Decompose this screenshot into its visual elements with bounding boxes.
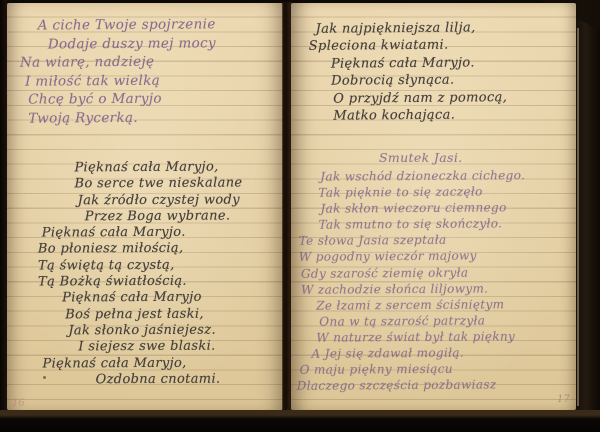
handwritten-line: Dobrocią słynąca. <box>331 71 507 90</box>
handwritten-line: W pogodny wieczór majowy <box>299 248 526 266</box>
handwritten-line: A ciche Twoje spojrzenie <box>38 15 216 35</box>
handwritten-line: Ze łzami z sercem ściśniętym <box>316 296 526 314</box>
handwritten-line: Przez Boga wybrane. <box>85 208 243 225</box>
right-dark-stanza: Jak najpiękniejsza lilja, Spleciona kwia… <box>309 19 508 125</box>
right-purple-stanza: Jak wschód dzioneczka cichego. Tak piękn… <box>295 167 527 394</box>
handwritten-line: Pięknaś cała Maryjo <box>62 290 243 307</box>
handwritten-line: Jak najpiękniejsza lilja, <box>316 19 507 38</box>
handwritten-line: Spleciona kwiatami. <box>309 37 507 56</box>
handwritten-line: Jak wschód dzioneczka cichego. <box>320 167 525 185</box>
poem-title: Smutek Jasi. <box>379 150 463 165</box>
handwritten-line: Jak słonko jaśniejesz. <box>68 322 243 339</box>
handwritten-line: Jak skłon wieczoru ciemnego <box>320 199 525 217</box>
handwritten-line: Boś pełna jest łaski, <box>65 306 243 323</box>
handwritten-line: Dlaczego szczęścia pozbawiasz <box>297 376 527 394</box>
handwritten-line: W zachodzie słońca liljowym. <box>301 280 526 298</box>
page-number-left: 16 <box>12 398 25 409</box>
photo-edge-left <box>0 0 7 432</box>
handwritten-line: Pięknaś cała Maryjo, <box>42 355 243 372</box>
handwritten-line: A Jej się zdawał mogiłą. <box>311 344 526 362</box>
handwritten-line: Ona w tą szarość patrzyła <box>319 312 526 330</box>
right-page: Jak najpiękniejsza lilja, Spleciona kwia… <box>291 3 576 410</box>
left-dark-stanza: Pięknaś cała Maryjo, Bo serce twe nieska… <box>37 159 243 388</box>
handwritten-line: Bo płoniesz miłością, <box>38 241 243 258</box>
handwritten-line: Matko kochająca. <box>333 106 507 125</box>
notebook-cover-edge <box>576 0 600 432</box>
handwritten-line: W naturze świat był tak piękny <box>316 328 526 346</box>
page-number-right: 17 <box>557 394 570 405</box>
handwritten-line: I siejesz swe blaski. <box>78 339 243 356</box>
notebook-photo: A ciche Twoje spojrzenie Dodaje duszy me… <box>0 0 600 432</box>
handwritten-line: Tak smutno to się skończyło. <box>319 215 526 233</box>
handwritten-line: Smutek Jasi. <box>379 150 463 165</box>
handwritten-line: Pięknaś cała Maryjo, <box>74 159 242 176</box>
handwritten-line: Jak źródło czystej wody <box>78 192 243 209</box>
handwritten-line: I miłość tak wielką <box>25 71 216 91</box>
left-page: A ciche Twoje spojrzenie Dodaje duszy me… <box>7 3 283 410</box>
handwritten-line: Gdy szarość ziemię okryła <box>301 264 526 282</box>
handwritten-line: Chcę być o Maryjo <box>28 90 216 110</box>
handwritten-line: Bo serce twe nieskalane <box>74 176 242 193</box>
handwritten-line: O maju piękny miesiącu <box>300 360 527 378</box>
handwritten-line: Pięknaś cała Maryjo. <box>42 225 243 242</box>
handwritten-line: Tą świętą tą czystą, <box>38 257 243 274</box>
handwritten-line: Na wiarę, nadzieję <box>20 53 216 73</box>
handwritten-line: Tą Bożką światłością. <box>38 274 243 291</box>
handwritten-line: Twoją Rycerką. <box>28 108 216 128</box>
handwritten-line: Te słowa Jasia szeptała <box>299 232 526 250</box>
handwritten-line: O przyjdź nam z pomocą, <box>333 89 507 108</box>
handwritten-line: Pięknaś cała Maryjo. <box>331 54 507 73</box>
ink-speck <box>43 376 46 379</box>
photo-edge-bottom <box>0 410 600 432</box>
handwritten-line: Tak pięknie to się zaczęło <box>318 183 525 201</box>
left-purple-stanza: A ciche Twoje spojrzenie Dodaje duszy me… <box>20 15 217 128</box>
handwritten-line: Dodaje duszy mej mocy <box>48 34 216 54</box>
handwritten-line: Ozdobna cnotami. <box>96 371 244 388</box>
